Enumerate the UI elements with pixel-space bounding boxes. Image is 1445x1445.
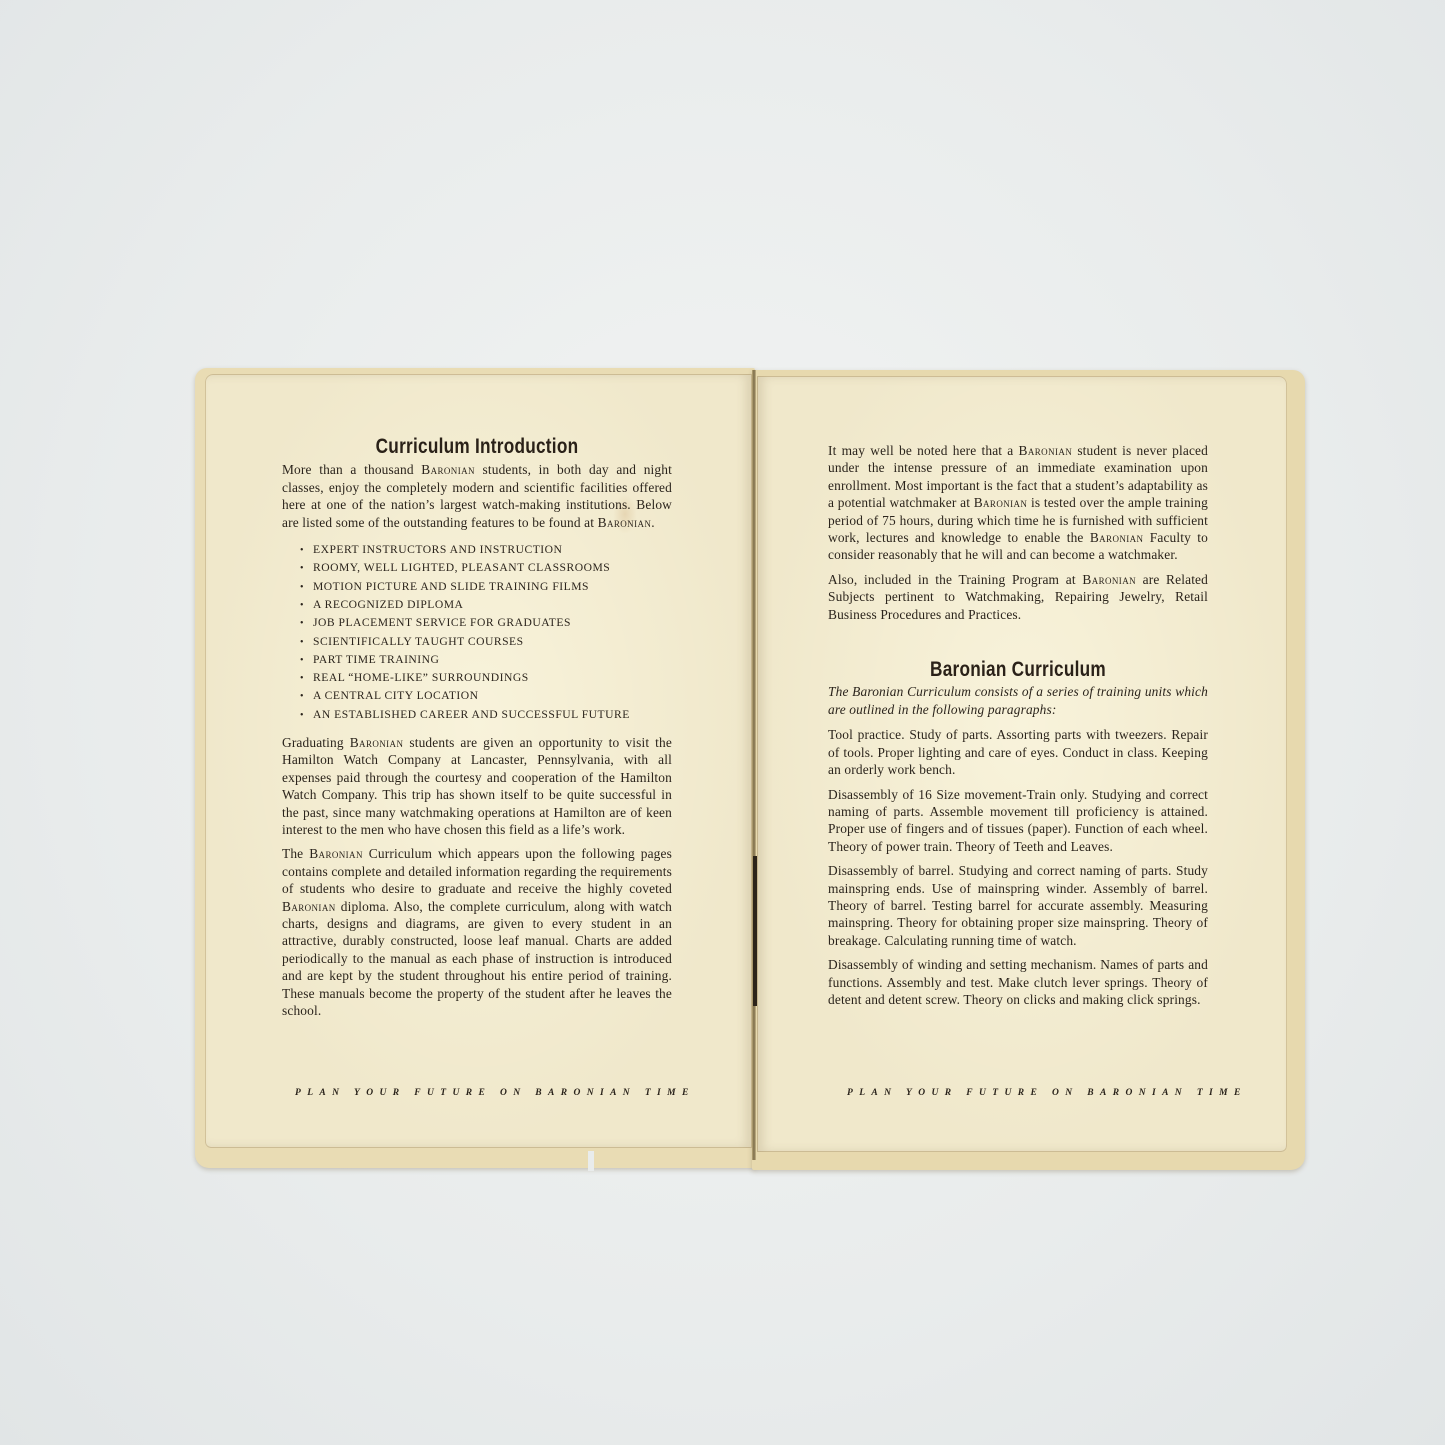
baronian-curriculum-heading: Baronian Curriculum <box>862 661 1174 678</box>
also-paragraph: Also, included in the Training Program a… <box>828 571 1208 623</box>
cover-tear <box>588 1151 594 1171</box>
feature-item: PART TIME TRAINING <box>300 651 672 669</box>
training-unit: Disassembly of 16 Size movement-Train on… <box>828 786 1208 856</box>
graduating-paragraph: Graduating Baronian students are given a… <box>282 734 672 838</box>
right-page-column: It may well be noted here that a Baronia… <box>828 442 1208 1015</box>
feature-item: REAL “HOME-LIKE” SURROUNDINGS <box>300 669 672 687</box>
feature-item: ROOMY, WELL LIGHTED, PLEASANT CLASSROOMS <box>300 559 672 577</box>
feature-item: A CENTRAL CITY LOCATION <box>300 687 672 705</box>
text: . <box>651 515 655 530</box>
training-unit: Tool practice. Study of parts. Assorting… <box>828 726 1208 778</box>
left-page-column: Curriculum Introduction More than a thou… <box>282 438 672 1027</box>
brand-name: Baronian <box>974 495 1028 510</box>
feature-item: MOTION PICTURE AND SLIDE TRAINING FILMS <box>300 578 672 596</box>
training-unit: Disassembly of barrel. Studying and corr… <box>828 862 1208 949</box>
brand-name: Baronian <box>1090 530 1144 545</box>
feature-item: JOB PLACEMENT SERVICE FOR GRADUATES <box>300 614 672 632</box>
text: students are given an opportunity to vis… <box>282 735 672 837</box>
feature-item: EXPERT INSTRUCTORS AND INSTRUCTION <box>300 541 672 559</box>
brand-name: Baronian <box>1082 572 1136 587</box>
curriculum-paragraph: The Baronian Curriculum which appears up… <box>282 845 672 1019</box>
brand-name: Baronian <box>421 462 475 477</box>
feature-item: A RECOGNIZED DIPLOMA <box>300 596 672 614</box>
text: Graduating <box>282 735 350 750</box>
binding-thread <box>753 856 757 1006</box>
text: More than a thousand <box>282 462 421 477</box>
curriculum-introduction-heading: Curriculum Introduction <box>317 438 637 455</box>
text: It may well be noted here that a <box>828 443 1019 458</box>
text: diploma. Also, the com­plete curriculum,… <box>282 899 672 1018</box>
booklet-spine <box>752 370 756 1160</box>
feature-item: AN ESTABLISHED CAREER AND SUCCESSFUL FUT… <box>300 706 672 724</box>
text: The <box>282 846 309 861</box>
brand-name: Baronian <box>309 846 363 861</box>
right-page-footer-slogan: PLAN YOUR FUTURE ON BARONIAN TIME <box>847 1088 1247 1098</box>
features-list: EXPERT INSTRUCTORS AND INSTRUCTION ROOMY… <box>300 541 672 724</box>
left-page-footer-slogan: PLAN YOUR FUTURE ON BARONIAN TIME <box>295 1088 695 1098</box>
feature-item: SCIENTIFICALLY TAUGHT COURSES <box>300 633 672 651</box>
brand-name: Baronian <box>350 735 404 750</box>
brand-name: Baronian <box>598 515 652 530</box>
training-unit: Disassembly of winding and setting mecha… <box>828 956 1208 1008</box>
brand-name: Baronian <box>282 899 336 914</box>
text: Also, included in the Training Program a… <box>828 572 1082 587</box>
curriculum-intro-italic: The Baronian Curriculum consists of a se… <box>828 683 1208 718</box>
brand-name: Baronian <box>1019 443 1073 458</box>
intro-paragraph: More than a thousand Baronian students, … <box>282 461 672 531</box>
noted-paragraph: It may well be noted here that a Baronia… <box>828 442 1208 564</box>
